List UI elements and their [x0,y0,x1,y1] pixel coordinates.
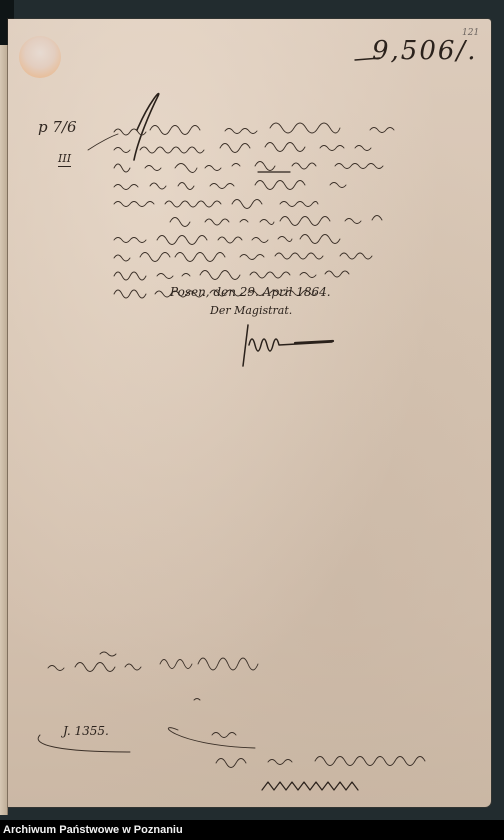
address-block [0,0,504,820]
journal-number: J. 1355. [63,724,109,738]
archive-name: Archiwum Państwowe w Poznaniu [3,824,183,836]
